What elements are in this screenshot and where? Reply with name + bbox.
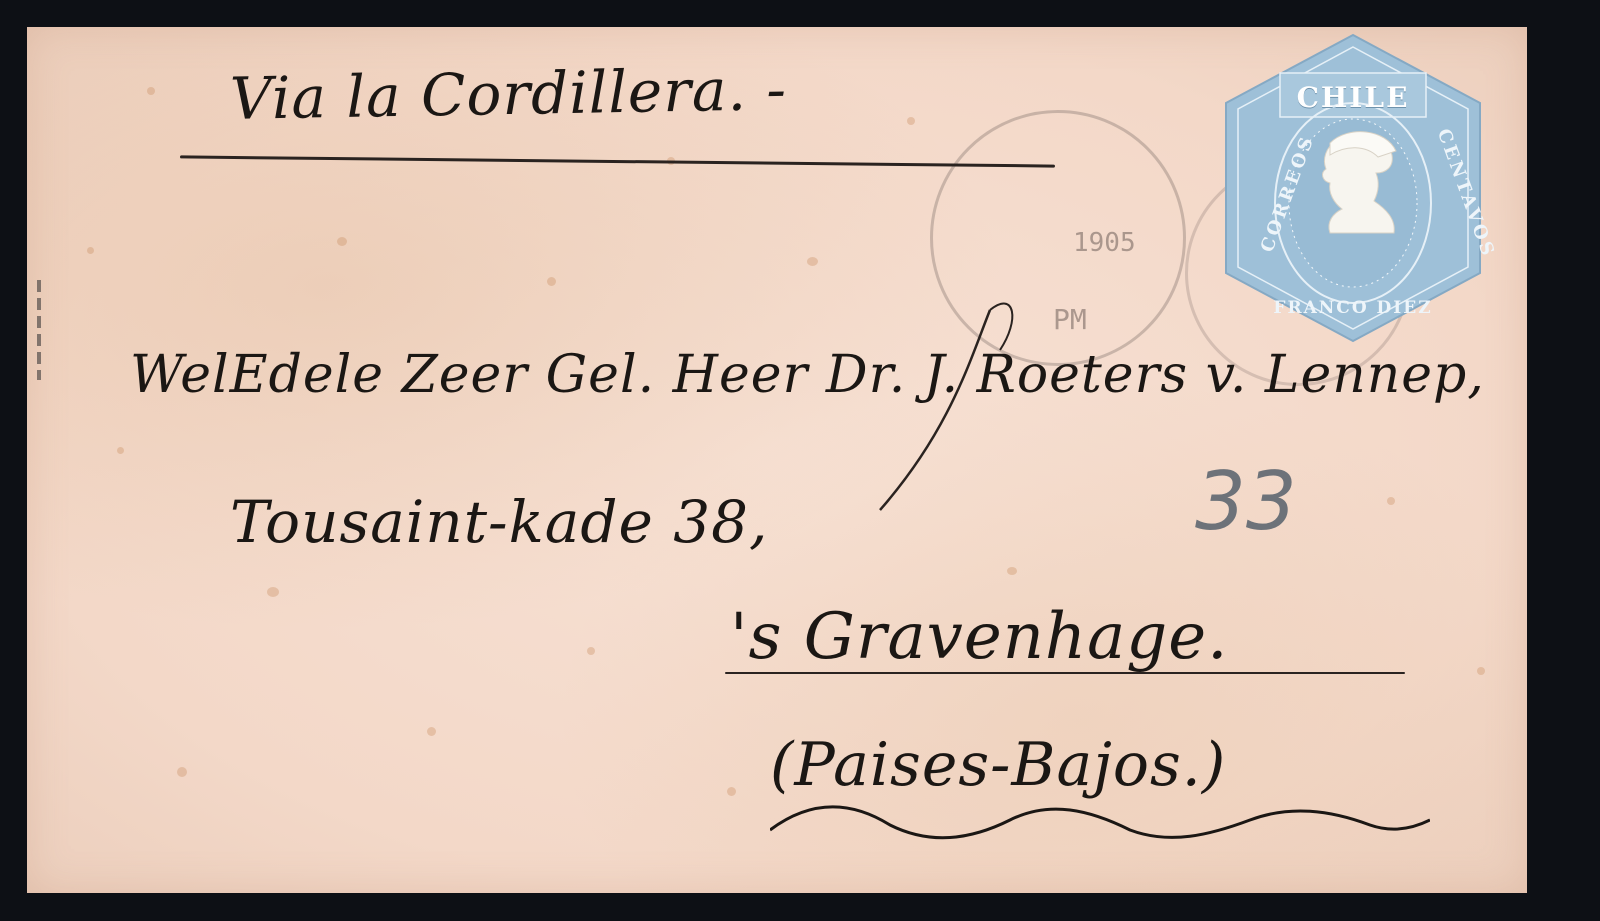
edge-ink-mark (37, 280, 41, 380)
address-line-3: 's Gravenhage. (730, 600, 1228, 674)
city-underline (725, 672, 1405, 674)
stamp-bottom: FRANCO DIEZ (1218, 298, 1488, 318)
postmark-year: 1905 (1073, 228, 1136, 258)
wavy-underline-icon (770, 790, 1430, 850)
address-line-1: WelEdele Zeer Gel. Heer Dr. J. Roeters v… (130, 345, 1485, 405)
routing-note: Via la Cordillera. - (229, 55, 787, 133)
pen-flourish-icon (840, 280, 1060, 540)
stamp-frame-icon (1218, 33, 1488, 343)
postage-stamp: CHILE CORREOS CENTAVOS FRANCO DIEZ (1218, 33, 1488, 343)
pencil-correction: 33 (1195, 455, 1297, 548)
address-line-2: Tousaint-kade 38, (230, 488, 768, 556)
stamp-country: CHILE (1218, 81, 1488, 114)
